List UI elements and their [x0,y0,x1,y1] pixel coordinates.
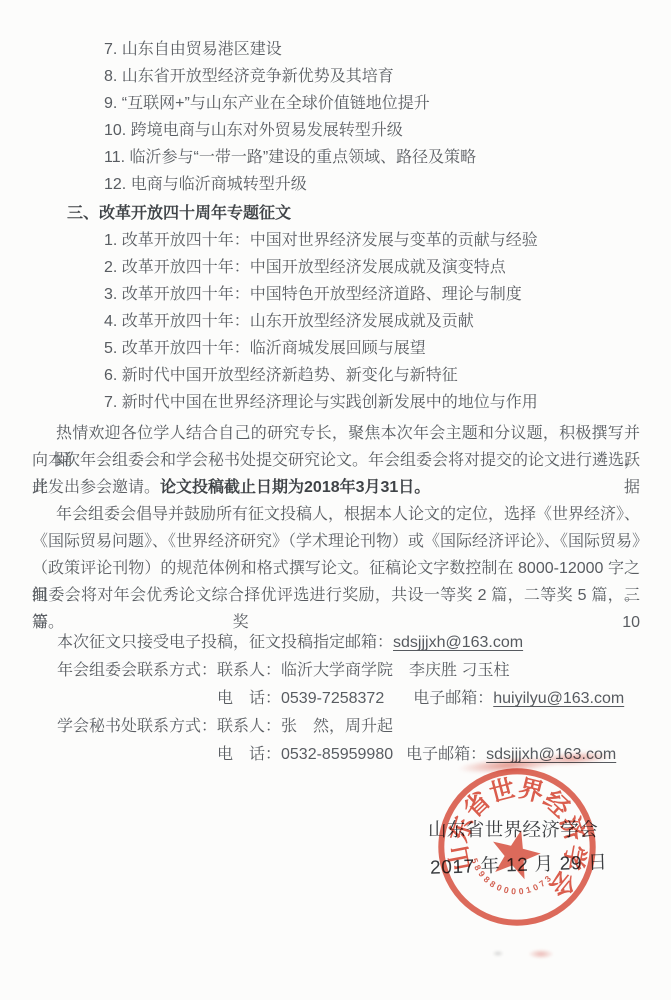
contact-line-committee-phone: 电 话：0539-7258372电子邮箱：huiyilyu@163.com [217,685,671,713]
phone-number: 电 话：0539-7258372 [217,690,384,707]
phone-number: 电 话：0532-85959980 [217,746,393,763]
paragraph-line: 《国际贸易问题》、《世界经济研究》（学术理论刊物）或《国际经济评论》、《国际贸易… [32,528,640,555]
topic-list-item: 7. 山东自由贸易港区建设 [104,36,476,63]
svg-text:0: 0 [503,885,510,896]
topic-list-item: 11. 临沂参与“一带一路”建设的重点领域、路径及策略 [104,144,476,171]
subtopic-list-item: 6. 新时代中国开放型经济新趋势、新变化与新特征 [104,362,538,389]
subtopic-list-item: 3. 改革开放四十年：中国特色开放型经济道路、理论与制度 [104,281,538,308]
committee-email-link[interactable]: huiyilyu@163.com [493,690,624,707]
paragraph-line: 向本次年会组委会和学会秘书处提交研究论文。年会组委会将对提交的论文进行遴选，并据 [32,447,640,474]
ink-smudge [492,950,504,957]
paragraph-invitation: 热情欢迎各位学人结合自己的研究专长，聚焦本次年会主题和分议题，积极撰写并踊跃 向… [32,420,640,501]
subtopic-list-item: 4. 改革开放四十年：山东开放型经济发展成就及贡献 [104,308,538,335]
submission-email-link[interactable]: sdsjjjxh@163.com [393,634,523,651]
topic-list-item: 10. 跨境电商与山东对外贸易发展转型升级 [104,117,476,144]
paragraph-text: 此发出参会邀请。 [32,479,160,496]
seal-star-icon [486,824,545,881]
topic-list-item: 9. “互联网+”与山东产业在全球价值链地位提升 [104,90,476,117]
svg-text:1: 1 [525,884,532,895]
contact-line-submission: 本次征文只接受电子投稿，征文投稿指定邮箱：sdsjjjxh@163.com [57,629,671,657]
subtopic-list-item: 2. 改革开放四十年：中国开放型经济发展成就及演变特点 [104,254,538,281]
email-label: 电子邮箱： [413,690,493,707]
scanned-document-page: 7. 山东自由贸易港区建设 8. 山东省开放型经济竞争新优势及其培育 9. “互… [0,0,671,1000]
ink-smudge [528,949,554,959]
topic-list-item: 12. 电商与临沂商城转型升级 [104,171,476,198]
contact-line-secretariat: 学会秘书处联系方式：联系人：张 然，周升起 [57,713,671,741]
section-heading: 三、改革开放四十周年专题征文 [67,200,291,227]
contact-line-committee: 年会组委会联系方式：联系人：临沂大学商学院 李庆胜 刁玉柱 [57,657,671,685]
subtopic-list-item: 7. 新时代中国在世界经济理论与实践创新发展中的地位与作用 [104,389,538,416]
paragraph-line: 组委会将对年会优秀论文综合择优评选进行奖励，共设一等奖 2 篇，二等奖 5 篇，… [32,582,640,609]
subtopic-list-item: 1. 改革开放四十年：中国对世界经济发展与变革的贡献与经验 [104,227,538,254]
topic-list-item: 8. 山东省开放型经济竞争新优势及其培育 [104,63,476,90]
svg-text:0: 0 [518,886,524,896]
svg-text:0: 0 [511,886,517,896]
paragraph-line: （政策评论刊物）的规范体例和格式撰写论文。征稿论文字数控制在 8000-1200… [32,555,640,582]
contact-text: 本次征文只接受电子投稿，征文投稿指定邮箱： [57,634,393,651]
paragraph-line: 年会组委会倡导并鼓励所有征文投稿人，根据本人论文的定位，选择《世界经济》、 [32,501,640,528]
official-seal-stamp: 山东省世界经济学会 3701000088985 [431,761,603,933]
paragraph-format-awards: 年会组委会倡导并鼓励所有征文投稿人，根据本人论文的定位，选择《世界经济》、 《国… [32,501,640,636]
topic-list: 7. 山东自由贸易港区建设 8. 山东省开放型经济竞争新优势及其培育 9. “互… [104,36,476,198]
paragraph-line: 热情欢迎各位学人结合自己的研究专长，聚焦本次年会主题和分议题，积极撰写并踊跃 [32,420,640,447]
subtopic-list: 1. 改革开放四十年：中国对世界经济发展与变革的贡献与经验 2. 改革开放四十年… [104,227,538,416]
svg-text:0: 0 [495,882,504,893]
contact-block: 本次征文只接受电子投稿，征文投稿指定邮箱：sdsjjjxh@163.com 年会… [0,629,671,769]
svg-text:山: 山 [444,843,476,873]
deadline-emphasis: 论文投稿截止日期为2018年3月31日。 [160,479,430,496]
subtopic-list-item: 5. 改革开放四十年：临沂商城发展回顾与展望 [104,335,538,362]
